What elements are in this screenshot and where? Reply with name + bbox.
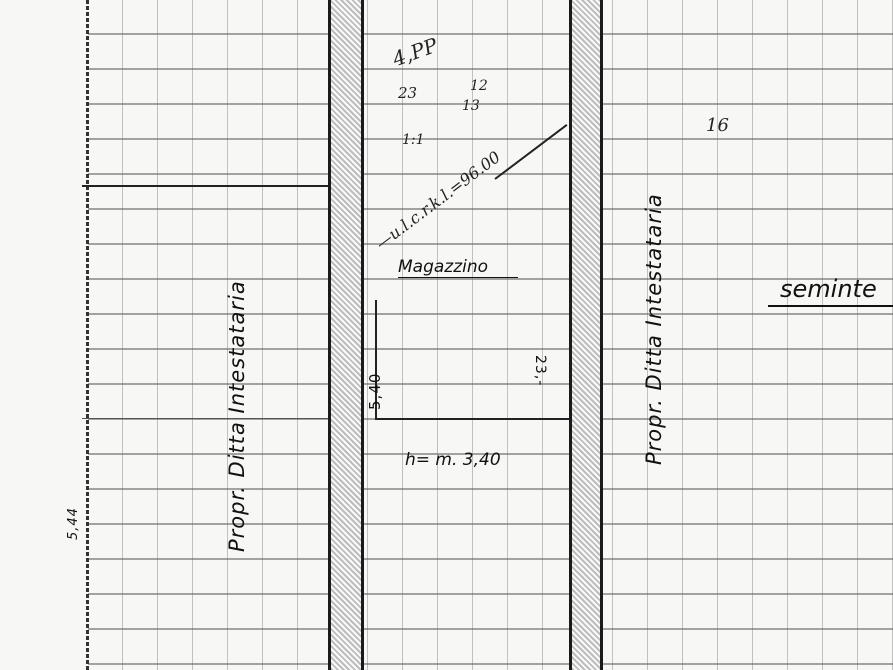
- scribble-note: 13: [462, 98, 480, 114]
- room-boundary-line: [375, 418, 570, 420]
- grid-pattern: [88, 0, 893, 670]
- scribble-note: 12: [470, 78, 488, 94]
- floor-plan-sheet: Propr. Ditta Intestataria Propr. Ditta I…: [0, 0, 893, 670]
- wall-left: [328, 0, 364, 670]
- left-boundary-line: [86, 0, 89, 670]
- owner-label-right: Propr. Ditta Intestataria: [642, 193, 666, 465]
- partial-label-right: seminte: [780, 275, 877, 303]
- owner-label-left: Propr. Ditta Intestataria: [225, 280, 249, 552]
- horizontal-line: [82, 185, 332, 187]
- partial-label-underline: [768, 305, 893, 307]
- dimension-right-wall: 23,-: [532, 355, 548, 386]
- dimension-left-wall: 5,40: [366, 373, 384, 410]
- scribble-note: 23: [398, 84, 417, 102]
- wall-right: [569, 0, 603, 670]
- parcel-number: 16: [706, 115, 729, 136]
- room-height-label: h= m. 3,40: [405, 450, 501, 470]
- left-margin-dimension: 5,44: [66, 507, 81, 540]
- room-label: Magazzino: [398, 257, 488, 277]
- room-label-underline: [398, 277, 518, 278]
- scribble-note: 1:1: [402, 132, 425, 148]
- horizontal-line: [82, 418, 332, 419]
